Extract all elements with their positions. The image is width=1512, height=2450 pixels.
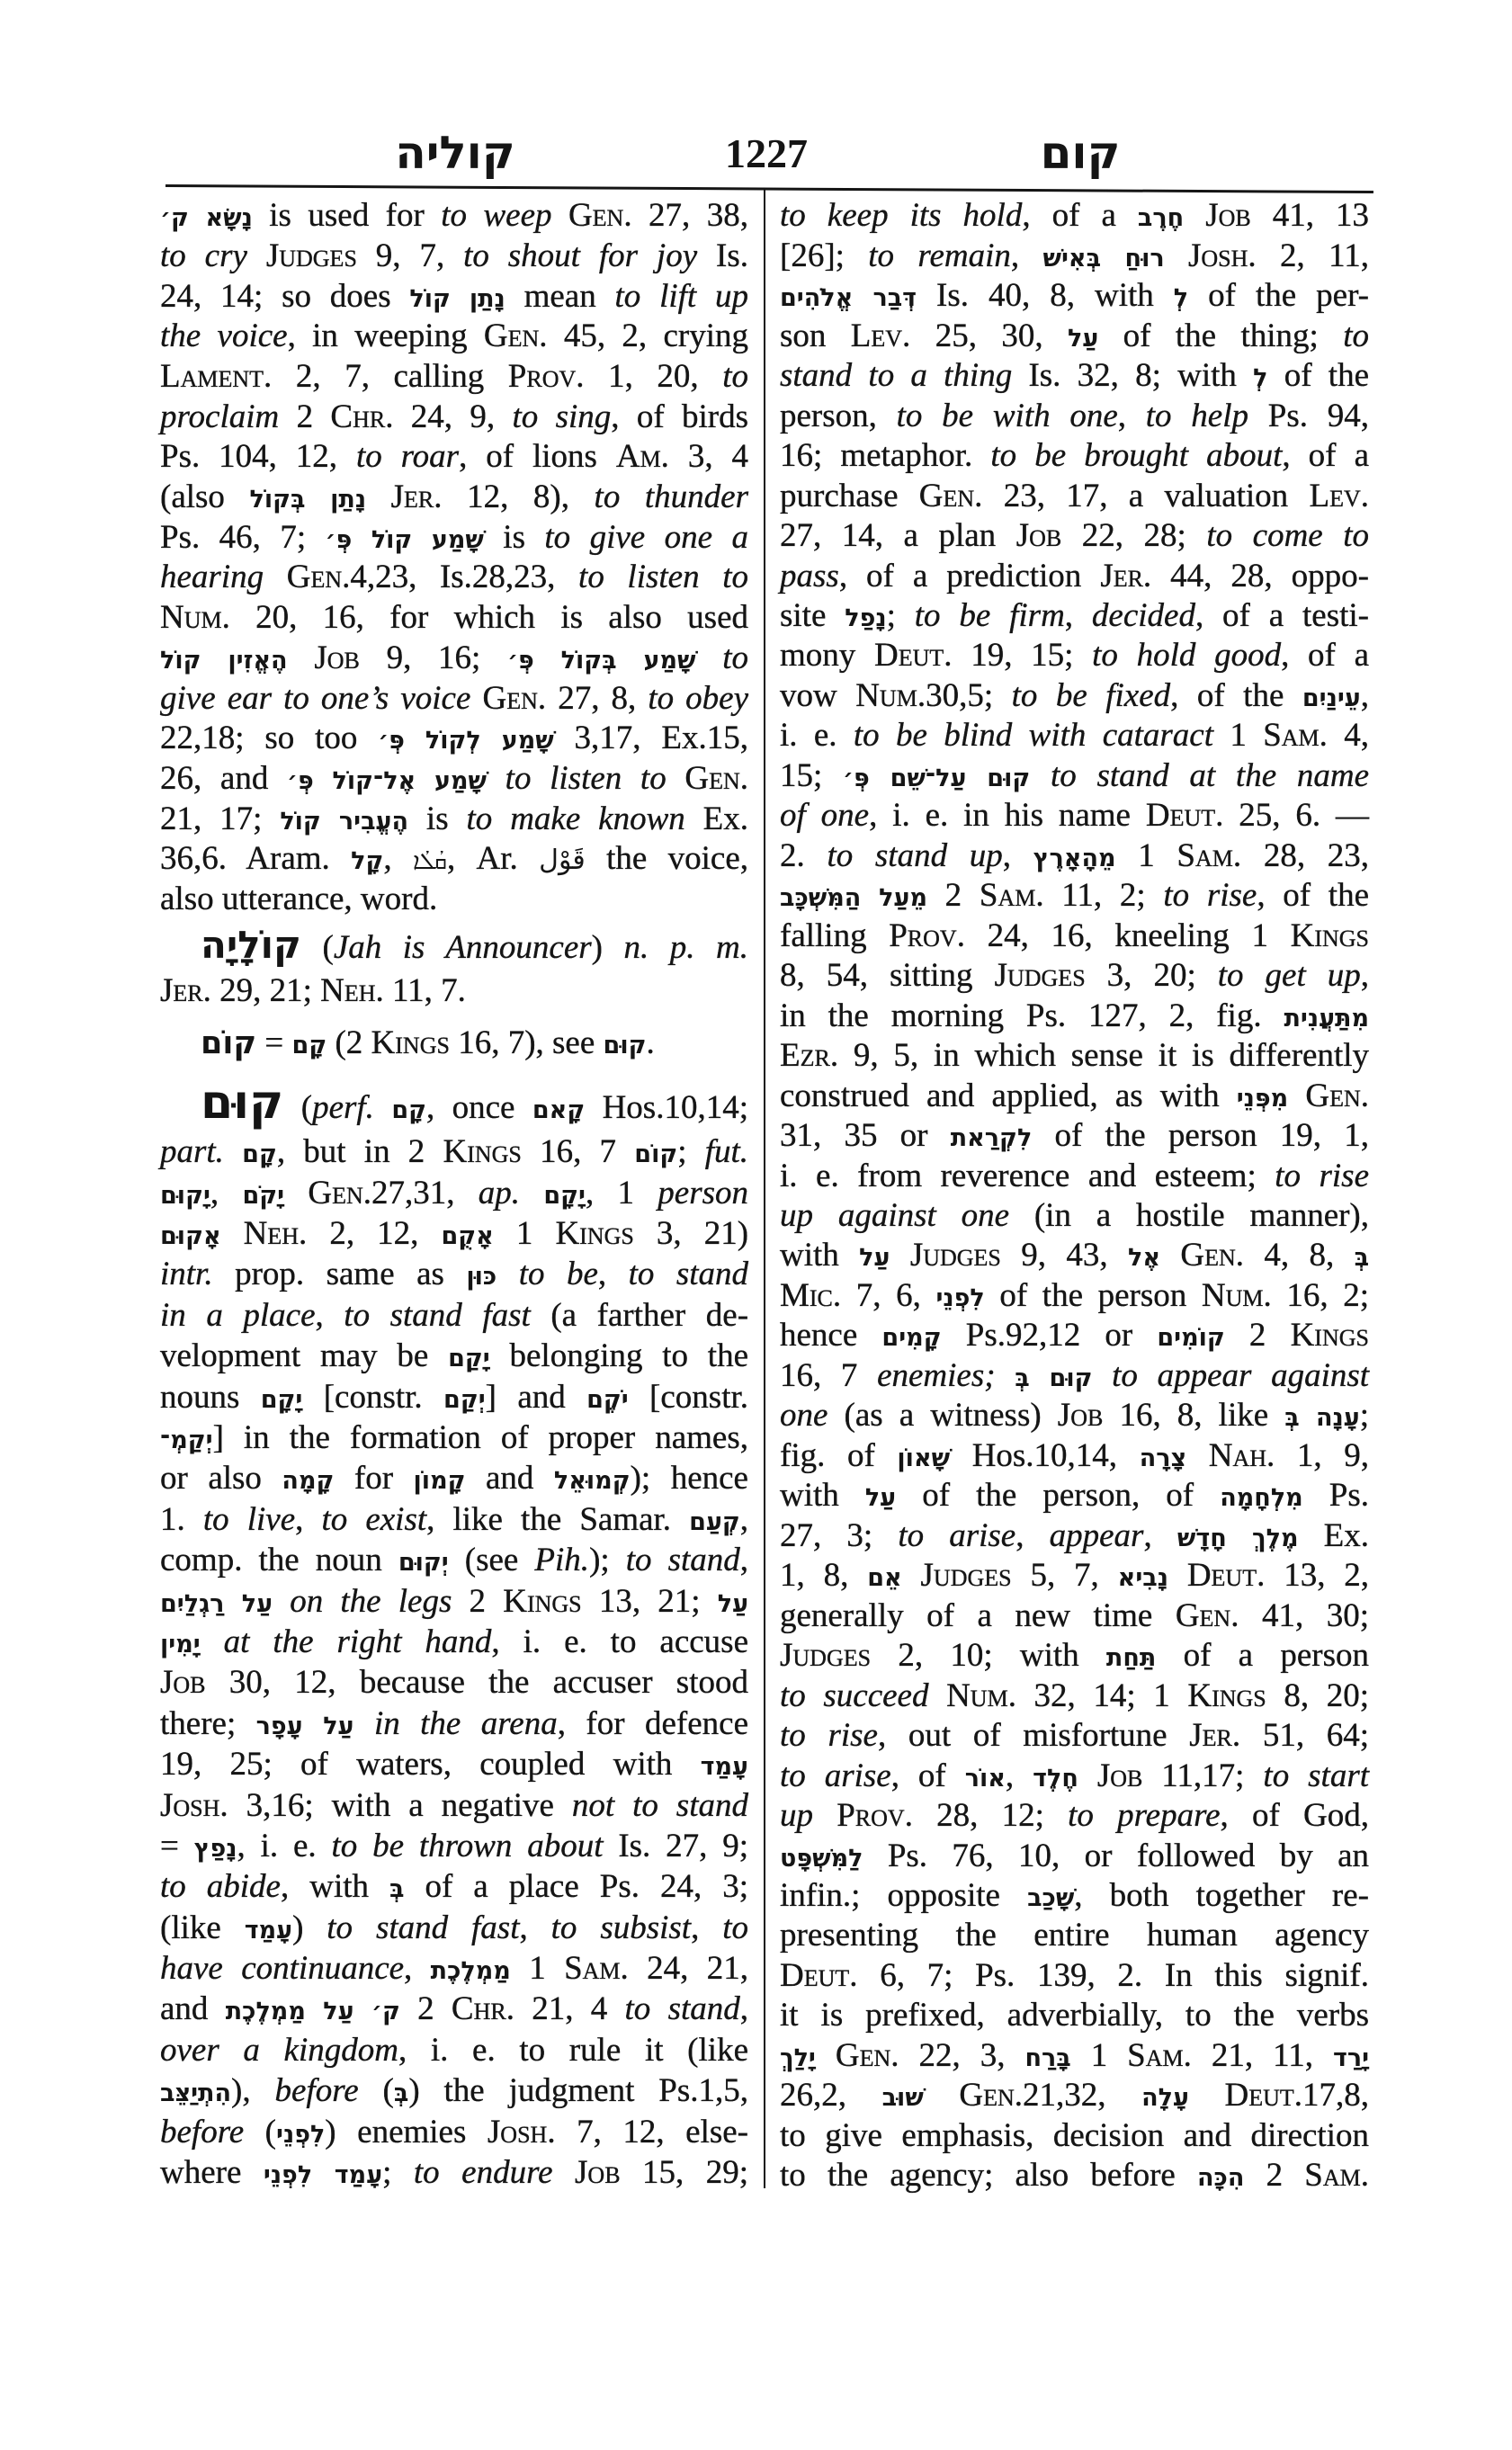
italic-gloss: to get up <box>1218 957 1361 994</box>
text-run: of the <box>1268 357 1370 394</box>
hebrew-word: אֶל <box>1128 1244 1160 1272</box>
text-run <box>1168 1557 1187 1594</box>
text-run: 8, 20; <box>1266 1677 1369 1714</box>
text-run: 2 <box>452 1583 503 1620</box>
text-run <box>1184 197 1205 234</box>
hebrew-word: עָמַד לִפְנֵי <box>264 2161 382 2189</box>
text-run <box>552 197 568 234</box>
scripture-reference: Kings <box>371 1024 450 1061</box>
text-run: , <box>404 1950 431 1987</box>
text-line: infin.; opposite שָׁכַב, both together r… <box>780 1876 1369 1916</box>
text-run <box>1092 1357 1112 1394</box>
text-run: with <box>780 1237 859 1274</box>
text-run: 6, 7; Ps. 139, 2. In this signif. <box>858 1957 1369 1994</box>
italic-gloss: to stand up <box>827 837 1002 874</box>
text-run: the voice, <box>586 840 748 877</box>
text-run: , <box>519 1909 550 1946</box>
text-run: 7, 6, <box>841 1277 935 1314</box>
text-line: מֵעַל הַמִּשְׁכָּב 2 Sam. 11, 2; to rise… <box>780 876 1369 916</box>
hebrew-word: מִלְחָמָה <box>1220 1484 1303 1512</box>
text-run <box>928 1677 946 1714</box>
italic-gloss: to lift up <box>615 278 748 315</box>
hebrew-word: לִפְנֵי <box>935 1284 984 1312</box>
text-run: 3, 4 <box>669 438 748 475</box>
text-line: part. קָם, but in 2 Kings 16, 7 קוֹם; fu… <box>160 1131 748 1172</box>
scripture-reference: Deut. <box>1225 2077 1303 2114</box>
scripture-reference: Job <box>1097 1757 1143 1794</box>
italic-gloss: up <box>780 1797 813 1834</box>
text-line: [26]; to remain, רוּחַ בְּאִישׁ Josh. 2,… <box>780 237 1369 276</box>
hebrew-word: יְקַם <box>443 1386 486 1414</box>
italic-gloss: to appear against <box>1112 1357 1369 1394</box>
text-run: ) <box>592 929 624 966</box>
text-line: there; עַל עָפָר in the arena, for defen… <box>160 1703 748 1744</box>
scripture-reference: Jer. <box>391 478 443 515</box>
text-line: to succeed Num. 32, 14; 1 Kings 8, 20; <box>780 1677 1369 1716</box>
text-run: 19, 15; <box>953 637 1093 674</box>
text-run: 3, 20; <box>1086 957 1218 994</box>
text-run: ] and <box>486 1379 586 1416</box>
text-run: 16, 2; <box>1272 1277 1369 1314</box>
text-run <box>264 559 287 595</box>
text-run: generally of a new time <box>780 1597 1176 1634</box>
text-run <box>813 1797 837 1834</box>
italic-gloss: up against one <box>780 1197 1009 1234</box>
text-run: to give emphasis, decision and direction <box>780 2117 1369 2154</box>
text-run: , <box>210 1175 243 1212</box>
italic-gloss: to keep its hold <box>780 197 1022 234</box>
text-run: hence <box>780 1317 881 1354</box>
scripture-reference: Judges <box>995 957 1086 994</box>
text-run: , of a <box>1281 637 1369 674</box>
italic-gloss: to prepare <box>1068 1797 1220 1834</box>
text-line: 36,6. Aram. קָל, ܩܳܠܳܐ, Ar. قَوْل the vo… <box>160 839 748 880</box>
italic-gloss: to roar <box>356 438 459 475</box>
italic-gloss: to arise <box>898 1517 1015 1554</box>
italic-gloss: to stand <box>626 1542 740 1578</box>
text-line: לַמִּשְׁפָּט Ps. 76, 10, or followed by … <box>780 1837 1369 1876</box>
text-run: 24, 16, kneeling 1 <box>965 917 1291 954</box>
italic-gloss: ap. <box>479 1175 520 1212</box>
hebrew-word: לִפְנֵי <box>276 2121 325 2149</box>
italic-gloss: to listen to <box>578 559 748 595</box>
scripture-reference: Judges <box>266 237 357 274</box>
text-line: hence קָמִים Ps.92,12 or קוֹמִים 2 Kings <box>780 1316 1369 1355</box>
text-run: 30, 12, because the accuser stood <box>206 1664 748 1701</box>
text-line: Ps. 104, 12, to roar, of lions Am. 3, 4 <box>160 437 748 478</box>
scripture-reference: Kings <box>443 1133 521 1170</box>
italic-gloss: to be thrown about <box>332 1828 604 1864</box>
text-run: (2 <box>327 1024 371 1061</box>
text-run: 2. <box>780 837 827 874</box>
scripture-reference: Gen. <box>959 2077 1023 2114</box>
text-run: 23, 17, a valuation <box>982 478 1309 514</box>
italic-gloss: in the arena <box>374 1705 558 1742</box>
hebrew-word: יָמִין <box>160 1631 201 1659</box>
text-line: generally of a new time Gen. 41, 30; <box>780 1596 1369 1636</box>
text-run: , of a <box>1022 197 1138 234</box>
text-run: ( <box>244 2114 276 2150</box>
left-column: נָשָׂא ק׳ is used for to weep Gen. 27, 3… <box>160 196 748 2193</box>
hebrew-word: אָקוּם <box>160 1222 221 1250</box>
scripture-reference: Josh. <box>1188 237 1257 274</box>
text-run <box>487 760 505 797</box>
italic-gloss: at the right hand <box>224 1623 492 1660</box>
text-run: ; <box>1360 1397 1369 1434</box>
text-line: intr. prop. same as כּוּן to be, to stan… <box>160 1254 748 1294</box>
text-run: where <box>160 2154 264 2191</box>
hebrew-word: קָמִים <box>881 1324 941 1352</box>
header-rule <box>166 184 1373 193</box>
text-run: , of a prediction <box>839 558 1101 595</box>
text-run: , <box>740 1542 748 1578</box>
text-line: purchase Gen. 23, 17, a valuation Lev. <box>780 477 1369 516</box>
text-line: to cry Judges 9, 7, to shout for joy Is. <box>160 237 748 277</box>
text-run: 25, 6. — <box>1223 797 1369 834</box>
hebrew-word: עַל <box>865 1484 896 1512</box>
scripture-reference: Am. <box>616 438 669 475</box>
text-run: 2, 11, <box>1257 237 1369 274</box>
text-line: nouns יָקָם [constr. יְקַם] and יֹקֶם [c… <box>160 1377 748 1417</box>
hebrew-word: שָׁאוֹן <box>897 1444 950 1472</box>
hebrew-word: יְקוּם <box>398 1549 449 1577</box>
text-line: hearing Gen.4,23, Is.28,23, to listen to <box>160 558 748 598</box>
text-line: comp. the noun יְקוּם (see Pih.); to sta… <box>160 1540 748 1580</box>
text-run: (a farther de- <box>531 1297 748 1334</box>
text-run: to the agency; also before <box>780 2157 1197 2194</box>
text-run: 2, 7, calling <box>272 358 507 395</box>
text-line: Ps. 46, 7; שָׁמַע קוֹל פְּ׳ is to give o… <box>160 518 748 559</box>
italic-gloss: to rise <box>1275 1158 1369 1194</box>
text-run: mony <box>780 637 874 674</box>
scripture-reference: Sam. <box>980 877 1044 914</box>
italic-gloss: to help <box>1146 398 1248 434</box>
guide-word-right: קום <box>1041 130 1121 175</box>
scripture-reference: Mic. <box>780 1277 841 1314</box>
scripture-reference: Prov. <box>889 917 965 954</box>
text-run <box>288 639 315 676</box>
text-run <box>996 1357 1015 1394</box>
page-number: 1227 <box>725 133 808 174</box>
text-run: 26,2, <box>780 2077 882 2114</box>
hebrew-word: צָרָה <box>1140 1444 1186 1472</box>
text-run: ) <box>292 1909 327 1946</box>
scripture-reference: Gen. <box>484 317 548 354</box>
text-line: one (as a witness) Job 16, 8, like עָנָה… <box>780 1396 1369 1435</box>
italic-gloss: to obey <box>648 680 748 717</box>
hebrew-word: קָל <box>351 847 383 875</box>
text-run: it is prefixed, adverbially, to the verb… <box>780 1997 1369 2034</box>
italic-gloss: not to stand <box>572 1787 748 1824</box>
text-run: , <box>1143 1517 1176 1554</box>
hebrew-word: עָמַד <box>701 1753 748 1781</box>
text-run: 9, 16; <box>360 639 507 676</box>
text-line: Deut. 6, 7; Ps. 139, 2. In this signif. <box>780 1956 1369 1996</box>
text-run <box>247 237 266 274</box>
text-run <box>201 1623 224 1660</box>
text-line: the voice, in weeping Gen. 45, 2, crying <box>160 317 748 357</box>
text-line: הֶאֱזִין קוֹל Job 9, 16; שָׁמַע בְּקוֹל … <box>160 639 748 679</box>
hebrew-word: לַמִּשְׁפָּט <box>780 1845 863 1873</box>
text-run: , of <box>891 1757 965 1794</box>
text-run: Hos.10,14; <box>585 1089 748 1126</box>
text-run <box>1189 2077 1225 2114</box>
text-run: 28, 23, <box>1241 837 1369 874</box>
text-run: ; <box>887 597 915 634</box>
text-line: pass, of a prediction Jer. 44, 28, oppo- <box>780 557 1369 596</box>
text-line: site נָפַל; to be firm, decided, of a te… <box>780 596 1369 636</box>
italic-gloss: person <box>658 1175 748 1212</box>
text-run: 3,16; with a negative <box>228 1787 572 1824</box>
hebrew-word: קְעַם <box>689 1508 740 1536</box>
text-run: ( <box>359 2072 394 2109</box>
text-run: Ps. 94, <box>1248 398 1369 434</box>
text-run: , i. e. to accuse <box>491 1623 748 1660</box>
text-line: to rise, out of misfortune Jer. 51, 64; <box>780 1716 1369 1756</box>
text-line: (like עָמַד) to stand fast, to subsist, … <box>160 1908 748 1948</box>
text-run: , for defence <box>558 1705 748 1742</box>
text-line: to arise, of אוֹר, חֶלֶד Job 11,17; to s… <box>780 1757 1369 1796</box>
text-run: 13, 21; <box>582 1583 718 1620</box>
text-run: ), <box>231 2072 274 2109</box>
text-run: , in weeping <box>288 317 484 354</box>
italic-gloss: to be <box>519 1256 598 1292</box>
text-run: 21, 17; <box>160 800 280 837</box>
scripture-reference: Jer. <box>160 972 211 1009</box>
text-run <box>221 1215 244 1252</box>
text-run: Ps. 46, 7; <box>160 519 326 556</box>
scripture-reference: Job <box>1205 197 1251 234</box>
text-run: 21, 4 <box>514 1990 625 2027</box>
italic-gloss: to listen to <box>505 760 667 797</box>
text-run: 22, 3, <box>899 2037 1025 2074</box>
italic-gloss: to live <box>203 1501 295 1538</box>
text-line: קוֹלָיָה (Jah is Announcer) n. p. m. <box>160 926 748 970</box>
hebrew-word: נָפַץ <box>194 1835 237 1863</box>
italic-gloss: stand to a thing <box>780 357 1012 394</box>
hebrew-word: קָמָה <box>282 1467 334 1495</box>
text-line: 1, 8, אֵם Judges 5, 7, נָבִיא Deut. 13, … <box>780 1556 1369 1596</box>
hebrew-word: עֵינַיִם <box>1302 684 1361 712</box>
italic-gloss: part. <box>160 1133 224 1170</box>
hebrew-word: קְמוּאֵל <box>554 1467 631 1495</box>
scripture-reference: Prov. <box>508 358 585 395</box>
hebrew-word: קוֹמִים <box>1157 1324 1224 1352</box>
text-line: קוּם (perf. קָם, once קָאם Hos.10,14; <box>160 1085 748 1131</box>
scripture-reference: Chr. <box>452 1990 514 2027</box>
text-run: of the person <box>985 1277 1202 1314</box>
entry-continuation: נָשָׂא ק׳ is used for to weep Gen. 27, 3… <box>160 196 748 919</box>
scripture-reference: Lev. <box>851 317 911 354</box>
text-run: 20, 16, for which is also used <box>230 599 748 636</box>
hebrew-word: עַל <box>1068 325 1098 353</box>
hebrew-word: לְ <box>1174 284 1188 312</box>
text-line: falling Prov. 24, 16, kneeling 1 Kings <box>780 917 1369 956</box>
text-run: , <box>316 1297 344 1334</box>
text-line: Mic. 7, 6, לִפְנֵי of the person Num. 16… <box>780 1276 1369 1316</box>
text-run: person, <box>780 398 897 434</box>
scripture-reference: Jer. <box>1100 558 1151 595</box>
text-run <box>816 2037 836 2074</box>
hebrew-word: קָם <box>391 1096 426 1124</box>
text-line: have continuance, מַמְלֶכֶת 1 Sam. 24, 2… <box>160 1948 748 1989</box>
column-divider <box>764 188 765 2188</box>
text-run: 2 <box>1244 2157 1304 2194</box>
text-run: (see <box>449 1542 535 1578</box>
text-line: יָקוּם, יָקֹם Gen.27,31, ap. יָקָם, 1 pe… <box>160 1173 748 1213</box>
text-run: 4, <box>1328 717 1369 754</box>
text-run: velopment may be <box>160 1337 448 1374</box>
italic-gloss: to subsist <box>551 1909 691 1946</box>
text-run: i. e. <box>780 717 854 754</box>
text-run: Ps. 76, 10, or followed by an <box>863 1837 1369 1874</box>
text-run: , <box>1011 237 1043 274</box>
text-run: , of God, <box>1221 1797 1369 1834</box>
scripture-reference: Neh. <box>244 1215 308 1252</box>
text-line: עַל רַגְלַיִם on the legs 2 Kings 13, 21… <box>160 1581 748 1622</box>
right-column: to keep its hold, of a חֶרֶב Job 41, 13[… <box>780 196 1369 2195</box>
text-run: 4,23, Is.28,23, <box>350 559 578 595</box>
hebrew-word: שׁוּב <box>882 2084 924 2112</box>
scripture-reference: Josh. <box>160 1787 228 1824</box>
text-line: 24, 14; so does נָתַן קוֹל mean to lift … <box>160 277 748 317</box>
hebrew-word: קָאם <box>532 1096 585 1124</box>
text-line: with עַל of the person, of מִלְחָמָה Ps. <box>780 1476 1369 1516</box>
hebrew-word: מִפְּנֵי <box>1237 1085 1288 1113</box>
italic-gloss: have continuance <box>160 1950 404 1987</box>
scripture-reference: Gen. <box>287 559 351 595</box>
text-run: 17,8, <box>1302 2077 1369 2114</box>
hebrew-word: יְקַמְ־ <box>160 1426 213 1454</box>
italic-gloss: to arise <box>780 1757 891 1794</box>
text-run: 21,32, <box>1023 2077 1141 2114</box>
text-run: , i. e. <box>237 1828 332 1864</box>
hebrew-word: בְּ <box>389 1875 404 1903</box>
text-line: up Prov. 28, 12; to prepare, of God, <box>780 1796 1369 1836</box>
text-run: 27, 8, <box>546 680 648 717</box>
hebrew-word: שָׁכַב <box>1027 1884 1074 1912</box>
scripture-reference: Judges <box>921 1557 1012 1594</box>
italic-gloss: pass <box>780 558 839 595</box>
text-run: of the person 19, 1, <box>1032 1117 1369 1154</box>
text-run: 1 <box>1071 2037 1127 2074</box>
scripture-reference: Neh. <box>320 972 384 1009</box>
text-run <box>1165 237 1188 274</box>
italic-gloss: to rise <box>780 1717 878 1754</box>
text-run: 32, 14; 1 <box>1016 1677 1187 1714</box>
scripture-reference: Prov. <box>837 1797 913 1834</box>
italic-gloss: to endure <box>414 2154 553 2191</box>
italic-gloss: to stand <box>629 1256 748 1292</box>
hebrew-word: יָלַךְ <box>780 2044 816 2072</box>
text-run: ] in the formation of proper names, <box>213 1419 748 1456</box>
text-line: 26, and שָׁמַע אֶל־קוֹל פְּ׳ to listen t… <box>160 759 748 800</box>
dictionary-entry: קוֹלָיָה (Jah is Announcer) n. p. m.Jer.… <box>160 926 748 1013</box>
text-line: i. e. from reverence and esteem; to rise <box>780 1157 1369 1196</box>
text-line: (also נָתַן בְּקוֹל Jer. 12, 8), to thun… <box>160 478 748 518</box>
text-run: in the morning Ps. 127, 2, fig. <box>780 997 1284 1034</box>
text-line: Judges 2, 10; with תַּחַת of a person <box>780 1636 1369 1676</box>
scripture-reference: Deut. <box>1187 1557 1266 1594</box>
text-run: = <box>256 1024 291 1061</box>
text-run <box>1186 1437 1209 1474</box>
text-line: over a kingdom, i. e. to rule it (like <box>160 2030 748 2070</box>
text-run: , of the <box>1170 677 1302 714</box>
text-line: דְּבַר אֱלֹהִים Is. 40, 8, with לְ of th… <box>780 276 1369 316</box>
hebrew-word: יָקָם <box>261 1386 303 1414</box>
text-run <box>696 639 723 676</box>
text-line: son Lev. 25, 30, עַל of the thing; to <box>780 317 1369 356</box>
text-run: 16, 8, like <box>1103 1397 1284 1434</box>
text-run: of a place Ps. 24, 3; <box>404 1868 748 1905</box>
text-run: with <box>780 1477 865 1514</box>
scripture-reference: Kings <box>1291 917 1369 954</box>
hebrew-word: קוּם עַל־שֵׁם פְּ׳ <box>843 765 1030 792</box>
hebrew-word: תַּחַת <box>1106 1644 1156 1672</box>
text-line: 15; קוּם עַל־שֵׁם פְּ׳ to stand at the n… <box>780 756 1369 796</box>
text-run: ); hence <box>631 1460 748 1497</box>
hebrew-word: בְּ <box>1355 1244 1369 1272</box>
hebrew-word: לִקְרַאת <box>951 1124 1033 1152</box>
scripture-reference: Gen. <box>568 197 632 234</box>
hebrew-word: נָפַל <box>845 604 886 632</box>
hebrew-word: יָקֹם <box>242 1182 284 1210</box>
text-run: belonging to the <box>490 1337 748 1374</box>
text-run: , <box>1065 597 1092 634</box>
text-run <box>284 1175 308 1212</box>
text-run: 1 <box>494 1215 556 1252</box>
hebrew-word: מִתַּעֲנִית <box>1284 1005 1369 1033</box>
text-run: i. e. from reverence and esteem; <box>780 1158 1275 1194</box>
text-run: 27, 3; <box>780 1517 898 1554</box>
text-run: (as a witness) <box>828 1397 1057 1434</box>
text-line: 27, 14, a plan Job 22, 28; to come to <box>780 516 1369 556</box>
text-run: , of the <box>1257 877 1369 914</box>
text-line: Job 30, 12, because the accuser stood <box>160 1662 748 1703</box>
text-run <box>470 680 482 717</box>
text-run <box>553 2154 575 2191</box>
text-run: 22,18; so too <box>160 720 378 756</box>
text-run <box>273 1583 290 1620</box>
text-run <box>366 478 391 515</box>
text-line: stand to a thing Is. 32, 8; with לְ of t… <box>780 356 1369 396</box>
text-run: , <box>1361 957 1369 994</box>
text-run: of the thing; <box>1098 317 1343 354</box>
text-run: 36,6. Aram. <box>160 840 351 877</box>
text-run: 2, 12, <box>307 1215 441 1252</box>
hebrew-word: אוֹר <box>965 1765 1006 1793</box>
text-run: is <box>484 519 545 556</box>
hebrew-word: הֶעֱבִיר קוֹל <box>280 808 408 836</box>
text-line: velopment may be יָקַם belonging to the <box>160 1336 748 1376</box>
text-run: [constr. <box>302 1379 443 1416</box>
text-run: 1, 9, <box>1275 1437 1369 1474</box>
italic-gloss: give ear to one’s voice <box>160 680 470 717</box>
text-run: 41, 13 <box>1251 197 1369 234</box>
text-run: is used for <box>253 197 441 234</box>
italic-gloss: to stand at the name <box>1051 757 1369 794</box>
text-run: 28, 12; <box>913 1797 1068 1834</box>
italic-gloss: n. p. m. <box>623 929 748 966</box>
text-run <box>667 760 685 797</box>
text-run: 24, 21, <box>629 1950 748 1987</box>
text-line: 1. to live, to exist, like the Samar. קְ… <box>160 1499 748 1540</box>
scripture-reference: Job <box>160 1664 206 1701</box>
text-run: 4, 8, <box>1244 1237 1355 1274</box>
text-run: , <box>1003 837 1033 874</box>
text-run: ; <box>382 2154 414 2191</box>
hebrew-word: שָׁמַע אֶל־קוֹל פְּ׳ <box>287 767 487 795</box>
